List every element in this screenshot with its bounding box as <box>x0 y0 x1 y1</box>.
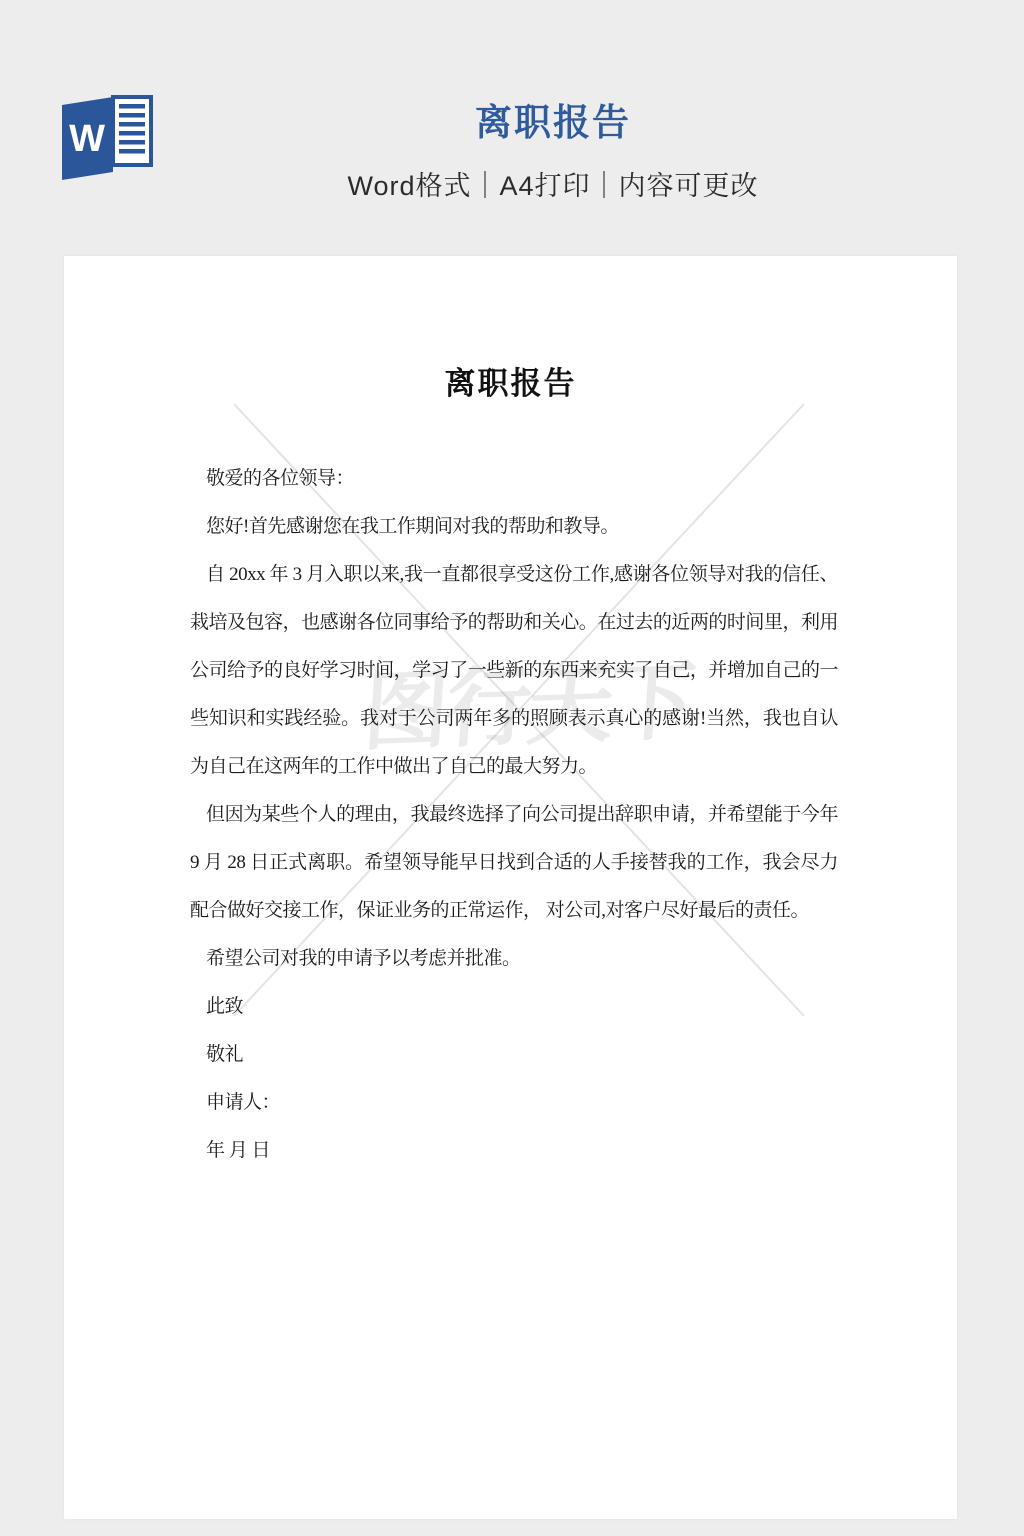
body-line: 栽培及包容，也感谢各位同事给予的帮助和关心。在过去的近两的时间里，利用 <box>190 599 838 647</box>
body-line: 9 月 28 日正式离职。希望领导能早日找到合适的人手接替我的工作，我会尽力 <box>190 839 838 887</box>
body-line: 公司给予的良好学习时间，学习了一些新的东西来充实了自己，并增加自己的一 <box>190 647 838 695</box>
body-line: 希望公司对我的申请予以考虑并批准。 <box>190 935 838 983</box>
template-title: 离职报告 <box>82 92 1024 146</box>
document-page: 图行天下 离职报告 敬爱的各位领导： 您好!首先感谢您在我工作期间对我的帮助和教… <box>64 256 957 1519</box>
template-header: W 离职报告 Word格式｜A4打印｜内容可更改 <box>0 0 1024 230</box>
body-line: 您好!首先感谢您在我工作期间对我的帮助和教导。 <box>190 503 838 551</box>
body-line: 此致 <box>190 983 838 1031</box>
document-title: 离职报告 <box>64 358 957 403</box>
body-line: 年 月 日 <box>190 1127 838 1175</box>
body-line: 些知识和实践经验。我对于公司两年多的照顾表示真心的感谢!当然，我也自认 <box>190 695 838 743</box>
body-line: 但因为某些个人的理由，我最终选择了向公司提出辞职申请，并希望能于今年 <box>190 791 838 839</box>
template-subtitle: Word格式｜A4打印｜内容可更改 <box>82 164 1024 203</box>
document-body: 敬爱的各位领导： 您好!首先感谢您在我工作期间对我的帮助和教导。 自 20xx … <box>190 455 838 1175</box>
body-line: 敬爱的各位领导： <box>190 455 838 503</box>
body-line: 自 20xx 年 3 月入职以来,我一直都很享受这份工作,感谢各位领导对我的信任… <box>190 551 838 599</box>
body-line: 配合做好交接工作，保证业务的正常运作， 对公司,对客户尽好最后的责任。 <box>190 887 838 935</box>
body-line: 敬礼 <box>190 1031 838 1079</box>
body-line: 申请人： <box>190 1079 838 1127</box>
body-line: 为自己在这两年的工作中做出了自己的最大努力。 <box>190 743 838 791</box>
